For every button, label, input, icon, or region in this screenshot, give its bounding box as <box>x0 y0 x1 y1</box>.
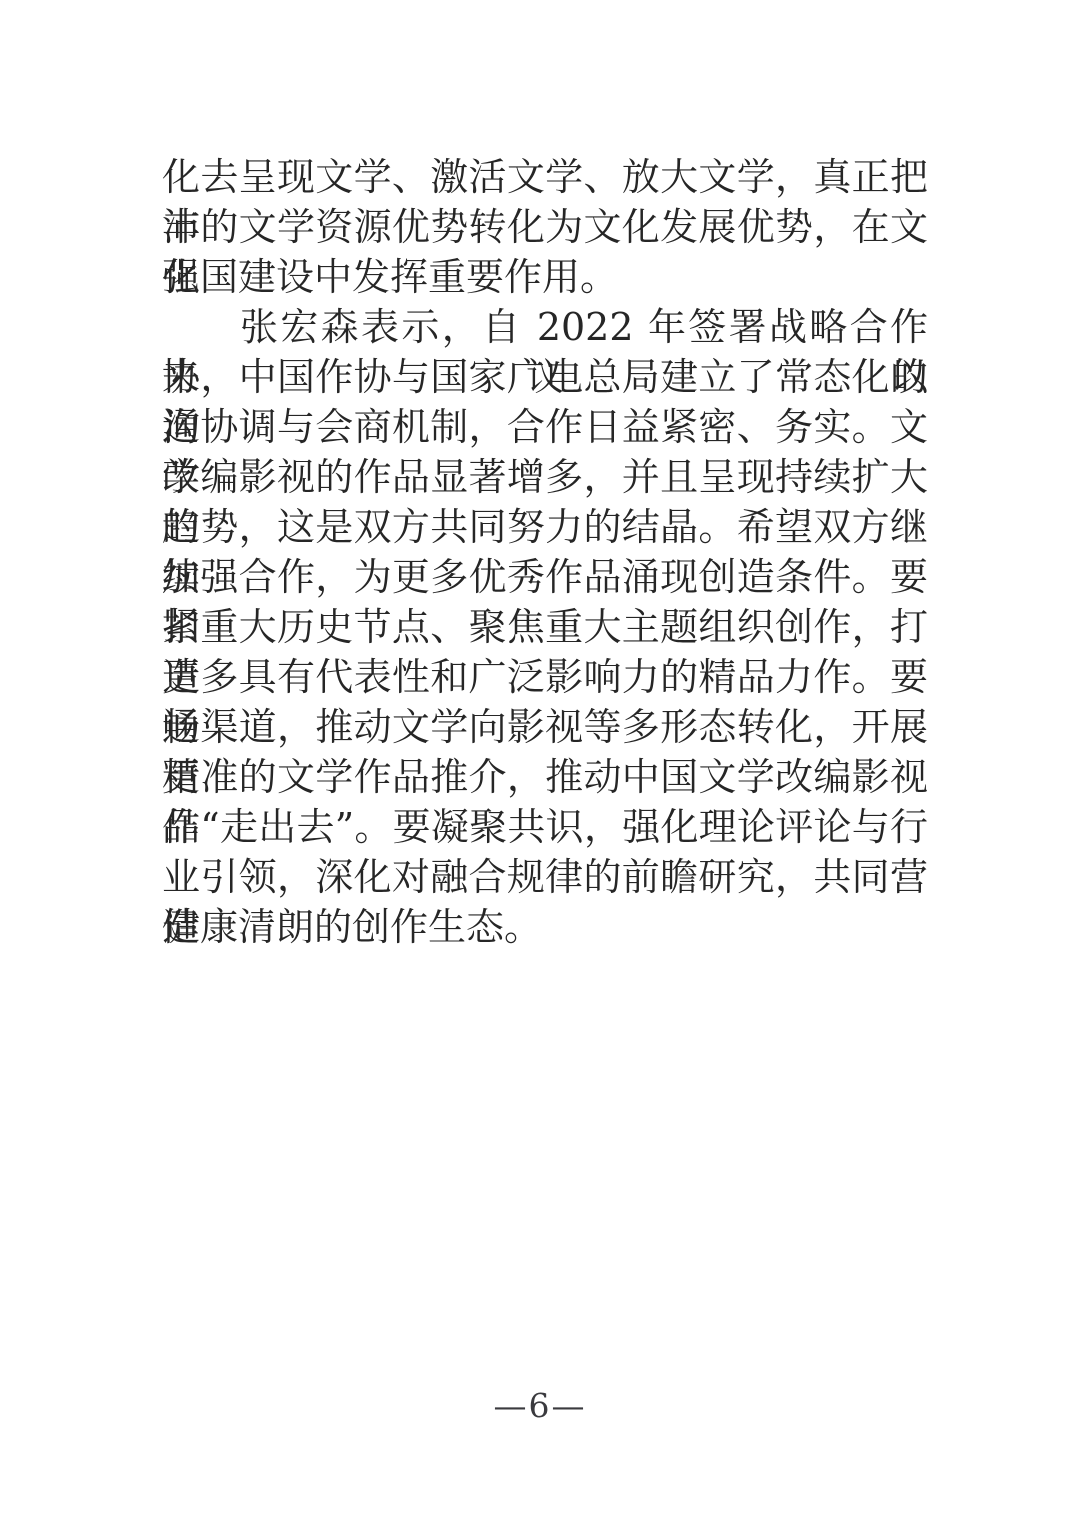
text-line: 通渠道，推动文学向影视等多形态转化，开展更 <box>162 702 928 752</box>
document-page: 化去呈现文学、激活文学、放大文学，真正把丰 沛的文学资源优势转化为文化发展优势，… <box>0 0 1080 1525</box>
text-line: 来，中国作协与国家广电总局建立了常态化的沟 <box>162 352 928 402</box>
text-line: 通协调与会商机制，合作日益紧密、务实。文学 <box>162 402 928 452</box>
text-line: 张宏森表示，自 2022 年签署战略合作协议以 <box>162 302 928 352</box>
document-body: 化去呈现文学、激活文学、放大文学，真正把丰 沛的文学资源优势转化为文化发展优势，… <box>162 152 928 952</box>
text-line: 化去呈现文学、激活文学、放大文学，真正把丰 <box>162 152 928 202</box>
text-line: 品“走出去”。要凝聚共识，强化理论评论与行 <box>162 802 928 852</box>
text-line: 强国建设中发挥重要作用。 <box>162 252 928 302</box>
text-line: 沛的文学资源优势转化为文化发展优势，在文化 <box>162 202 928 252</box>
text-line: 改编影视的作品显著增多，并且呈现持续扩大的 <box>162 452 928 502</box>
text-line: 更多具有代表性和广泛影响力的精品力作。要畅 <box>162 652 928 702</box>
text-line: 趋势，这是双方共同努力的结晶。希望双方继续 <box>162 502 928 552</box>
page-number: —6— <box>0 1384 1080 1428</box>
text-line: 加强合作，为更多优秀作品涌现创造条件。要紧 <box>162 552 928 602</box>
text-line: 健康清朗的创作生态。 <box>162 902 928 952</box>
text-line: 业引领，深化对融合规律的前瞻研究，共同营造 <box>162 852 928 902</box>
text-line: 扣重大历史节点、聚焦重大主题组织创作，打造 <box>162 602 928 652</box>
text-line: 精准的文学作品推介，推动中国文学改编影视作 <box>162 752 928 802</box>
